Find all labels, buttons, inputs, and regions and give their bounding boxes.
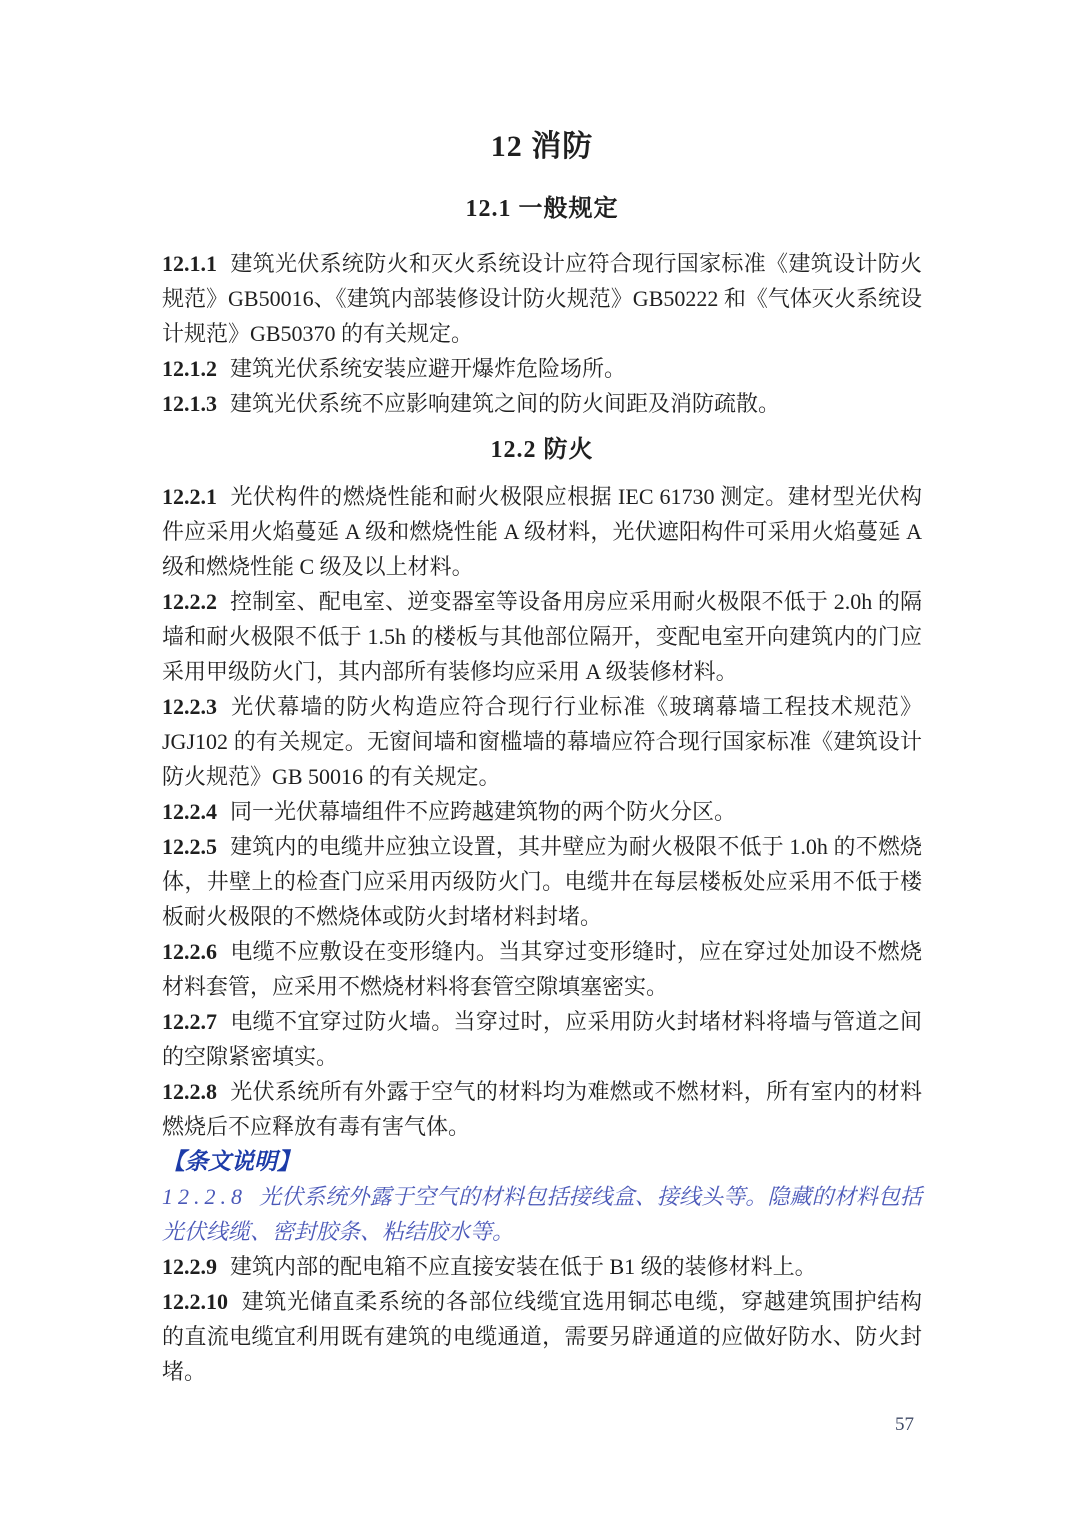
clause-number: 12.2.2 [162, 589, 217, 614]
clause-12-2-9: 12.2.9建筑内部的配电箱不应直接安装在低于 B1 级的装修材料上。 [162, 1249, 922, 1284]
clause-12-2-4: 12.2.4同一光伏幕墙组件不应跨越建筑物的两个防火分区。 [162, 794, 922, 829]
clause-text: 光伏系统所有外露于空气的材料均为难燃或不燃材料，所有室内的材料燃烧后不应释放有毒… [162, 1079, 922, 1139]
section-heading-general: 12.1 一般规定 [162, 194, 922, 224]
commentary-clause-number: 12.2.8 [162, 1184, 247, 1209]
clause-text: 建筑光伏系统不应影响建筑之间的防火间距及消防疏散。 [230, 391, 780, 416]
clause-number: 12.2.9 [162, 1254, 217, 1279]
clause-text: 建筑内部的配电箱不应直接安装在低于 B1 级的装修材料上。 [230, 1254, 817, 1279]
clause-12-2-3: 12.2.3光伏幕墙的防火构造应符合现行行业标准《玻璃幕墙工程技术规范》JGJ1… [162, 689, 922, 794]
commentary-paragraph: 12.2.8光伏系统外露于空气的材料包括接线盒、接线头等。隐藏的材料包括光伏线缆… [162, 1179, 922, 1249]
clause-text: 建筑光伏系统防火和灭火系统设计应符合现行国家标准《建筑设计防火规范》GB5001… [162, 251, 922, 346]
clause-12-1-1: 12.1.1建筑光伏系统防火和灭火系统设计应符合现行国家标准《建筑设计防火规范》… [162, 246, 922, 351]
clause-12-2-1: 12.2.1光伏构件的燃烧性能和耐火极限应根据 IEC 61730 测定。建材型… [162, 479, 922, 584]
clause-number: 12.2.8 [162, 1079, 217, 1104]
clause-text: 同一光伏幕墙组件不应跨越建筑物的两个防火分区。 [230, 799, 736, 824]
clause-12-2-6: 12.2.6电缆不应敷设在变形缝内。当其穿过变形缝时，应在穿过处加设不燃烧材料套… [162, 934, 922, 1004]
clause-number: 12.2.6 [162, 939, 217, 964]
clause-text: 建筑光储直柔系统的各部位线缆宜选用铜芯电缆，穿越建筑围护结构的直流电缆宜利用既有… [162, 1289, 922, 1384]
clause-12-2-7: 12.2.7电缆不宜穿过防火墙。当穿过时，应采用防火封堵材料将墙与管道之间的空隙… [162, 1004, 922, 1074]
commentary-label: 【条文说明】 [162, 1144, 922, 1179]
clause-text: 光伏构件的燃烧性能和耐火极限应根据 IEC 61730 测定。建材型光伏构件应采… [162, 484, 922, 579]
chapter-title: 12 消防 [162, 130, 922, 164]
page-number: 57 [895, 1413, 914, 1437]
clause-text: 建筑光伏系统安装应避开爆炸危险场所。 [230, 356, 626, 381]
clause-12-2-10: 12.2.10建筑光储直柔系统的各部位线缆宜选用铜芯电缆，穿越建筑围护结构的直流… [162, 1284, 922, 1389]
clause-text: 电缆不宜穿过防火墙。当穿过时，应采用防火封堵材料将墙与管道之间的空隙紧密填实。 [162, 1009, 922, 1069]
clause-text: 光伏幕墙的防火构造应符合现行行业标准《玻璃幕墙工程技术规范》JGJ102 的有关… [162, 694, 922, 789]
clause-number: 12.2.7 [162, 1009, 217, 1034]
clause-number: 12.1.1 [162, 251, 217, 276]
clause-number: 12.1.2 [162, 356, 217, 381]
clause-number: 12.2.4 [162, 799, 217, 824]
section-heading-fireproof: 12.2 防火 [162, 435, 922, 465]
document-page: 12 消防 12.1 一般规定 12.1.1建筑光伏系统防火和灭火系统设计应符合… [0, 0, 1080, 1527]
commentary-clause-text: 光伏系统外露于空气的材料包括接线盒、接线头等。隐藏的材料包括光伏线缆、密封胶条、… [162, 1184, 922, 1244]
clause-text: 控制室、配电室、逆变器室等设备用房应采用耐火极限不低于 2.0h 的隔墙和耐火极… [162, 589, 922, 684]
clause-12-1-2: 12.1.2建筑光伏系统安装应避开爆炸危险场所。 [162, 351, 922, 386]
clause-number: 12.1.3 [162, 391, 217, 416]
clause-number: 12.2.3 [162, 694, 217, 719]
clause-text: 建筑内的电缆井应独立设置，其井壁应为耐火极限不低于 1.0h 的不燃烧体，井壁上… [162, 834, 922, 929]
clause-number: 12.2.5 [162, 834, 217, 859]
clause-12-2-8: 12.2.8光伏系统所有外露于空气的材料均为难燃或不燃材料，所有室内的材料燃烧后… [162, 1074, 922, 1144]
clause-12-1-3: 12.1.3建筑光伏系统不应影响建筑之间的防火间距及消防疏散。 [162, 386, 922, 421]
clause-number: 12.2.1 [162, 484, 217, 509]
clause-text: 电缆不应敷设在变形缝内。当其穿过变形缝时，应在穿过处加设不燃烧材料套管，应采用不… [162, 939, 922, 999]
clause-12-2-5: 12.2.5建筑内的电缆井应独立设置，其井壁应为耐火极限不低于 1.0h 的不燃… [162, 829, 922, 934]
clause-12-2-2: 12.2.2控制室、配电室、逆变器室等设备用房应采用耐火极限不低于 2.0h 的… [162, 584, 922, 689]
clause-number: 12.2.10 [162, 1289, 228, 1314]
